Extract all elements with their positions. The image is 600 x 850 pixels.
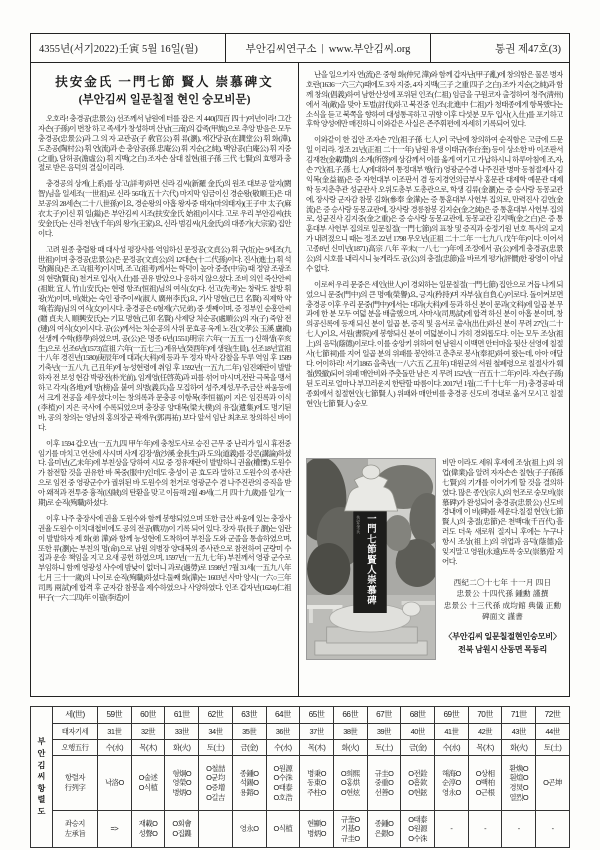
table-row: 좌승지 左承旨=>재載O 성聲OO회會 O집鏶영永OO식植현顯O 병炳O규奎O … xyxy=(31,811,570,848)
table-row-label: 태자기세 xyxy=(53,724,98,740)
table-cell: 수(水) xyxy=(98,740,132,756)
table-cell: 40世 xyxy=(401,724,435,740)
photo-caption: 〈부안김씨 일문칠절현인숭모비〉전북 남원시 산동면 목동리 xyxy=(442,631,563,656)
table-cell: 수(水) xyxy=(435,740,469,756)
issue-date: 4355년(서기2022)壬寅 5월 16일(월) xyxy=(31,34,226,62)
table-cell: 34世 xyxy=(199,724,233,740)
table-cell: 69世 xyxy=(435,707,469,724)
table-cell xyxy=(199,811,233,848)
separator: | xyxy=(322,43,324,54)
table-cell: 35世 xyxy=(232,724,266,740)
signature-line: 西紀二〇十七年 十一月 四日 xyxy=(442,577,563,588)
table-cell: 68世 xyxy=(401,707,435,724)
table-cell: 금(金) xyxy=(232,740,266,756)
table-cell: 43世 xyxy=(502,724,536,740)
table-cell: 70世 xyxy=(468,707,502,724)
table-cell: 71世 xyxy=(502,707,536,724)
issue-number: 통권 제47호(3) xyxy=(431,34,569,62)
table-cell: 병秉O 동東O 주柱O xyxy=(300,756,334,811)
table-cell: 64世 xyxy=(266,707,300,724)
table-cell: 낙洛O xyxy=(98,756,132,811)
table-cell: 형炯O 영榮O 병炳O xyxy=(165,756,199,811)
table-cell: 32世 xyxy=(131,724,165,740)
table-cell: 31世 xyxy=(98,724,132,740)
table-cell: 60世 xyxy=(131,707,165,724)
table-cell: O회會 O집鏶 xyxy=(165,811,199,848)
photo-side: 비만 이라도 세워 후세에 조상(祖上)의 위업(偉業)을 알려 자자손손 칠현… xyxy=(442,458,563,660)
table-cell: 목(木) xyxy=(468,740,502,756)
left-paragraphs: 오호라! 충경공(忠景公) 선조께서 남원에 터를 잡은 지 440(四百 四十… xyxy=(38,114,291,603)
caption-line: 〈부안김씨 일문칠절현인숭모비〉 xyxy=(442,631,563,643)
photo-row: 一門七節賢人崇慕碑 扶安金氏 비만 이라도 세워 후세에 조상(祖上)의 위업(… xyxy=(306,458,563,660)
table-cell: - xyxy=(468,811,502,848)
table-cell: 38世 xyxy=(333,724,367,740)
table-cell: 63世 xyxy=(232,707,266,724)
right-paragraphs: 난을 일으키자 연(流)은 중형 화(仲兄 澕)와 함께 갑자난(甲子亂)에 창… xyxy=(306,70,563,456)
table-cell: 현顯O 병炳O xyxy=(300,811,334,848)
table-cell: O식植 xyxy=(266,811,300,848)
table-row-label: 오행五行 xyxy=(53,740,98,756)
table-row-label: 세(世) xyxy=(53,707,98,724)
table-cell: 수(水) xyxy=(266,740,300,756)
table-cell: 영永O xyxy=(232,811,266,848)
table-cell: 59世 xyxy=(98,707,132,724)
table-cell: 토(土) xyxy=(199,740,233,756)
article-body: 扶安金氏 一門七節 賢人 崇慕碑文 (부안김씨 일문칠절 현인 숭모비문) 오호… xyxy=(30,63,570,697)
table-row: 오행五行수(水)목(木)화(火)토(土)금(金)수(水)목(木)화(火)토(土)… xyxy=(31,740,570,756)
table-cell: 목(木) xyxy=(300,740,334,756)
table-cell: 재載O 성聲O xyxy=(131,811,165,848)
table-cell: 65世 xyxy=(300,707,334,724)
body-paragraph: 이로써 우리 문중은 세인(世人)이 경외하는 일문칠절(一門七節) 집안으로 … xyxy=(306,280,563,409)
right-column: 난을 일으키자 연(流)은 중형 화(仲兄 澕)와 함께 갑자난(甲子亂)에 창… xyxy=(299,63,569,696)
monument-side-inscription: 扶安金氏 xyxy=(356,515,360,534)
table-cell: 화(火) xyxy=(165,740,199,756)
table-cell: 종鍾O 석錫O 용鎔O xyxy=(232,756,266,811)
table-cell: O곤坤 xyxy=(536,756,570,811)
masthead: 4355년(서기2022)壬寅 5월 16일(월) 부안김씨연구소 | www.… xyxy=(30,33,570,63)
table-cell: 규奎O 기基O 규圭O xyxy=(333,811,367,848)
table-cell: 36世 xyxy=(266,724,300,740)
table-cell: 화(火) xyxy=(502,740,536,756)
table-cell: 72世 xyxy=(536,707,570,724)
newspaper-page: 4355년(서기2022)壬寅 5월 16일(월) 부안김씨연구소 | www.… xyxy=(0,0,600,850)
signature-line: 忠景公 十四代孫 鍾勳 謹撰 xyxy=(442,588,563,599)
table-cell: O태泰 O원源 O수洙 xyxy=(401,811,435,848)
table-cell: O희熙 O홍烘 O현炫 xyxy=(333,756,367,811)
article-title-hangul: (부안김씨 일문칠절 현인 숭모비문) xyxy=(38,91,291,107)
table-cell: 환煥O 훤煊O 경炅O 열烈O xyxy=(502,756,536,811)
table-cell: 해海O 순淳O 영永O xyxy=(435,756,469,811)
table-cell: 41世 xyxy=(435,724,469,740)
table-cell: - xyxy=(536,811,570,848)
table-row-label: 좌승지 左承旨 xyxy=(53,811,98,848)
table-cell: 61世 xyxy=(165,707,199,724)
table-cell: => xyxy=(98,811,132,848)
table-row: 항렬자 行列字낙洛OO술述 O식植형炯O 영榮O 병炳OO철喆 O균均 O증增 … xyxy=(31,756,570,811)
body-paragraph: 고려 원종 충렬왕 때 대사성 평장사를 역임하신 문정공(文貞公) 휘 구(坵… xyxy=(38,245,291,433)
body-paragraph: 이와같이 한 집안 조자손 7인(祖子孫 七人)이 국난에 창의하여 순직함은 … xyxy=(306,135,563,273)
table-cell: 목(木) xyxy=(131,740,165,756)
table-cell: - xyxy=(502,811,536,848)
left-column: 扶安金氏 一門七節 賢人 崇慕碑文 (부안김씨 일문칠절 현인 숭모비문) 오호… xyxy=(31,63,299,696)
signature-block: 西紀二〇十七年 十一月 四日忠景公 十四代孫 鍾勳 謹撰忠景公 十三代孫 成均館… xyxy=(442,577,563,623)
org-url: www.부안김씨.org xyxy=(329,41,411,56)
table-cell: 44世 xyxy=(536,724,570,740)
table-cell: 금(金) xyxy=(401,740,435,756)
body-paragraph: 이후 나주 충장사에 권율 도원수와 함께 봉향되었으며 또한 금산 싸움에 있… xyxy=(38,514,291,603)
signature-line: 碑面文 謹書 xyxy=(442,611,563,622)
table-cell: 42世 xyxy=(468,724,502,740)
table-row: 부 안 김 씨 항 렬 도세(世)59世60世61世62世63世64世65世66… xyxy=(31,707,570,724)
page-content: 4355년(서기2022)壬寅 5월 16일(월) 부안김씨연구소 | www.… xyxy=(0,0,600,848)
caption-line: 전북 남원시 산동면 목동리 xyxy=(442,644,563,656)
generation-table: 부 안 김 씨 항 렬 도세(世)59世60世61世62世63世64世65世66… xyxy=(30,706,570,848)
article-title-hanja: 扶安金氏 一門七節 賢人 崇慕碑文 xyxy=(38,72,291,90)
table-cell: 토(土) xyxy=(536,740,570,756)
table-cell: O술述 O식植 xyxy=(131,756,165,811)
table-cell: 토(土) xyxy=(367,740,401,756)
body-paragraph: 비만 이라도 세워 후세에 조상(祖上)의 위업(偉業)을 알려 자자손손 칠현… xyxy=(442,458,563,567)
table-cell: O상相 O백柏 O근根 xyxy=(468,756,502,811)
monument-photo: 一門七節賢人崇慕碑 扶安金氏 xyxy=(306,458,436,660)
table-cell: 37世 xyxy=(300,724,334,740)
org-name: 부안김씨연구소 xyxy=(246,41,317,56)
table-row: 태자기세31世32世33世34世35世36世37世38世39世40世41世42世… xyxy=(31,724,570,740)
signature-line: 忠景公 十三代孫 成均館 典儀 正勳 xyxy=(442,600,563,611)
body-paragraph: 난을 일으키자 연(流)은 중형 화(仲兄 澕)와 함께 갑자난(甲子亂)에 창… xyxy=(306,70,563,129)
body-paragraph: 오호라! 충경공(忠景公) 선조께서 남원에 터를 잡은 지 440(四百 四十… xyxy=(38,114,291,173)
table-row-label: 항렬자 行列字 xyxy=(53,756,98,811)
monument-inscription: 一門七節賢人崇慕碑 xyxy=(367,515,378,607)
org-title: 부안김씨연구소 | www.부안김씨.org xyxy=(226,34,431,62)
table-cell: O철喆 O균均 O증增 O길吉 xyxy=(199,756,233,811)
table-cell: 67世 xyxy=(367,707,401,724)
table-banner: 부 안 김 씨 항 렬 도 xyxy=(31,707,53,848)
table-cell: 규圭O 중重O 선善O xyxy=(367,756,401,811)
body-paragraph: 이후 1594 갑오년(一五九四 甲午年)에 충청도사로 승진 근무 중 난리가… xyxy=(38,439,291,508)
table-cell: 39世 xyxy=(367,724,401,740)
body-paragraph: 충경공의 상계(上系)를 상고(詳考)하면 신라 김씨(新羅 金氏)의 원조 대… xyxy=(38,179,291,238)
table-cell: 종鍾O 은銀O xyxy=(367,811,401,848)
table-cell: 66世 xyxy=(333,707,367,724)
table-cell: O원源 O수洙 O태泰 O호浩 xyxy=(266,756,300,811)
table-cell: 33世 xyxy=(165,724,199,740)
table-cell: 화(火) xyxy=(333,740,367,756)
table-cell: - xyxy=(435,811,469,848)
table-cell: O전銓 O흠欽 O현鉉 xyxy=(401,756,435,811)
table-cell: 62世 xyxy=(199,707,233,724)
